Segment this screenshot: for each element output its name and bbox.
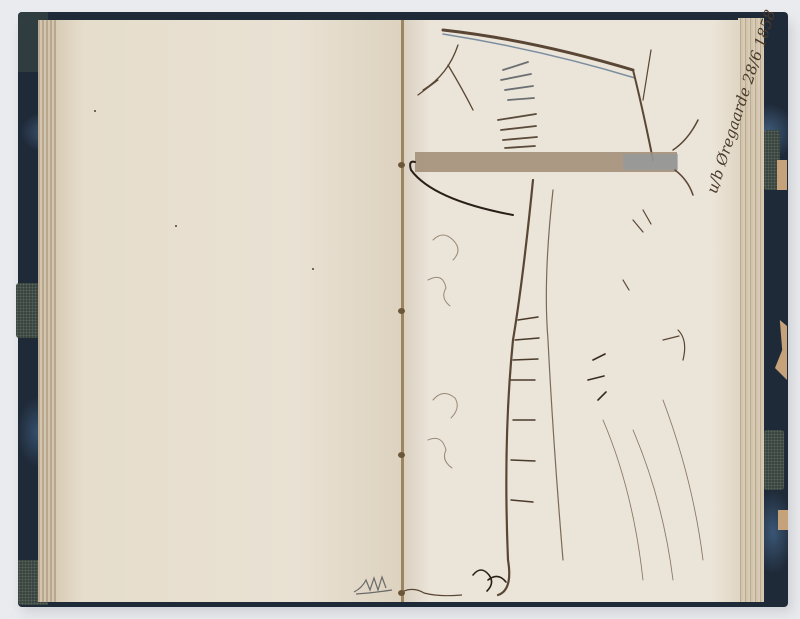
landscape-sketch: [403, 20, 740, 602]
ink-trail: [404, 585, 464, 600]
paper-speck: [175, 225, 177, 227]
torn-edge: [777, 160, 787, 190]
signature-scribble: [352, 574, 397, 596]
left-page-edges: [38, 20, 58, 602]
right-clasp-tab-bottom: [764, 430, 784, 490]
left-page-blank: [56, 20, 402, 602]
paper-speck: [94, 110, 96, 112]
torn-edge: [778, 510, 788, 530]
paper-speck: [312, 268, 314, 270]
